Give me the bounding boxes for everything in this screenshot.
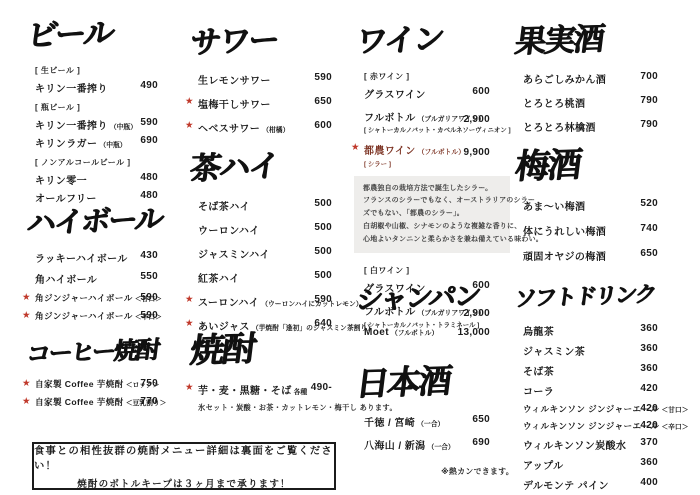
menu-column-3: ワイン[ 赤ワイン ]グラスワイン600フルボトル（ブルガリアワイン）[ シャト… [364,0,490,495]
item-price: 590 [140,310,158,321]
item-note: （一合） [417,421,444,428]
item-name: キリンラガー [35,139,97,150]
section-title-sour: サワー [188,22,337,60]
item-name: ウィルキンソン ジンジャーエール [523,404,659,414]
item-price: 750 [140,378,158,389]
item-name: とろとろ林檎酒 [523,123,596,134]
menu-item: ラッキーハイボール430 [35,250,158,265]
item-name: あま〜い梅酒 [523,202,585,213]
star-icon: ★ [22,396,31,407]
item-name: ジャスミン茶 [523,347,585,358]
item-price: 500 [314,270,332,281]
item-price: 360 [640,343,658,354]
menu-item: 紅茶ハイ500 [198,270,332,285]
item-name: 紅茶ハイ [198,274,240,285]
section-umeshu: 梅酒あま〜い梅酒520体にうれしい梅酒740頑固オヤジの梅酒650 [523,150,658,273]
menu-item: そば茶360 [523,363,658,378]
item-price: 480 [140,172,158,183]
item-name: スーロンハイ [198,298,259,309]
drink-menu-page: ビール[ 生ビール ]キリン一番搾り490[ 瓶ビール ]キリン一番搾り（中瓶）… [0,0,700,495]
item-name: 八海山 / 新潟 [364,441,426,452]
item-name: ウィルキンソン ジンジャーエール [523,421,659,431]
item-name: 烏龍茶 [523,327,554,338]
menu-item: ウィルキンソン炭酸水370 [523,437,658,452]
item-name: 生レモンサワー [198,76,271,87]
item-price: 650 [314,96,332,107]
star-icon: ★ [22,292,31,303]
menu-item: ★自家製 Coffee 芋焼酎＜豆乳割り＞770 [35,396,158,408]
section-sake: 日本酒千徳 / 宮崎（一合）650八海山 / 新潟（一合）690※熱カンできます… [364,367,490,477]
item-price: 360 [640,323,658,334]
section-champagne: シャンパンMoet（フルボトル）13,000 [364,287,490,346]
menu-item: アップル360 [523,457,658,472]
item-price: 770 [140,396,158,407]
menu-item: ★角ジンジャーハイボール＜甘口＞590 [35,292,158,304]
item-note: （フルボトル） [418,149,465,156]
menu-item: キリン一番搾り（中瓶）590 [35,117,158,132]
item-note: （一合） [428,444,455,451]
menu-item: キリン一番搾り490 [35,80,158,95]
section-title-tea-hai: 茶ハイ [188,148,337,186]
section-highball: ハイボールラッキーハイボール430角ハイボール550★角ジンジャーハイボール＜甘… [35,208,158,328]
item-price: 500 [314,246,332,257]
section-beer: ビール[ 生ビール ]キリン一番搾り490[ 瓶ビール ]キリン一番搾り（中瓶）… [35,20,158,208]
item-price: 480 [140,190,158,201]
menu-item: キリン零一480 [35,172,158,187]
menu-item: 生レモンサワー590 [198,72,332,87]
item-name: 角ハイボール [35,275,97,286]
item-price: 360 [640,363,658,374]
item-name: フルボトル [364,113,416,124]
section-title-sake: 日本酒 [354,362,495,401]
group-label: [ 白ワイン ] [364,265,490,276]
item-name: オールフリー [35,194,97,205]
item-price: 640 [314,318,332,329]
menu-item: グラスワイン600 [364,86,490,101]
item-name: ジャスミンハイ [198,250,270,261]
section-title-coffee-shochu: コーヒー焼酎 [25,336,162,366]
item-price: 590 [314,72,332,83]
item-price: 650 [640,248,658,259]
item-price: 490 [140,80,158,91]
section-sour: サワー生レモンサワー590★塩梅干しサワー650★ヘベスサワー（柑橘）600 [198,27,332,144]
item-name: Moet [364,327,389,338]
item-price: 690 [140,135,158,146]
item-note: ＜甘口＞ [661,407,688,414]
section-title-shochu: 焼酎 [188,329,337,370]
star-icon: ★ [185,318,194,329]
item-price: 500 [314,198,332,209]
item-price: 600 [314,120,332,131]
item-name: 角ジンジャーハイボール [35,293,133,303]
item-name: とろとろ桃酒 [523,99,585,110]
menu-item: コーラ420 [523,383,658,398]
menu-item: 角ハイボール550 [35,271,158,286]
item-sublabel: [ シャトーカルノバット・カベルネソーヴィニオン ] [364,125,450,134]
menu-item: ★自家製 Coffee 芋焼酎＜ロック＞750 [35,378,158,390]
menu-column-4: 果実酒あらごしみかん酒700とろとろ桃酒790とろとろ林檎酒790梅酒あま〜い梅… [523,0,658,495]
menu-item: ★スーロンハイ（ウーロンハイにカットレモン）590 [198,294,332,309]
item-price: 590 [140,117,158,128]
item-name: キリン零一 [35,176,87,187]
item-price: 600 [472,86,490,97]
menu-item: 千徳 / 宮崎（一合）650 [364,414,490,429]
item-name: 頑固オヤジの梅酒 [523,252,606,263]
menu-item: Moet（フルボトル）13,000 [364,327,490,338]
shochu-notice-box: 食事との相性抜群の焼酎メニュー詳細は裏面をご覧ください！ 焼酎のボトルキープは３… [32,442,336,490]
section-fruit-liquor: 果実酒あらごしみかん酒700とろとろ桃酒790とろとろ林檎酒790 [523,26,658,143]
section-title-wine: ワイン [354,21,495,58]
item-name: そば茶ハイ [198,202,250,213]
item-name: 都農ワイン [364,146,416,157]
item-note: （フルボトル） [391,330,438,337]
star-icon: ★ [185,294,194,305]
menu-item: とろとろ林檎酒790 [523,119,658,134]
group-label: [ 赤ワイン ] [364,71,490,82]
description-line: 都農独自の栽培方法で誕生したシラー。 [363,183,501,196]
item-price: 550 [140,271,158,282]
item-name: ウィルキンソン炭酸水 [523,441,626,452]
section-title-highball: ハイボール [25,203,162,238]
item-name: グラスワイン [364,90,426,101]
star-icon: ★ [185,96,194,107]
item-name: 体にうれしい梅酒 [523,227,606,238]
item-name: キリン一番搾り [35,121,108,132]
item-name: アップル [523,461,564,472]
item-price: 650 [472,414,490,425]
menu-item: 八海山 / 新潟（一合）690 [364,437,490,452]
star-icon: ★ [22,310,31,321]
description-line: ズでもない、「都農のシラー」。 [363,208,501,221]
section-soft-drink: ソフトドリンク烏龍茶360ジャスミン茶360そば茶360コーラ420ウィルキンソ… [523,288,658,495]
description-line: 心地よいタンニンと柔らかさを兼ね備えている味わい。 [363,234,501,247]
menu-item: ★ヘベスサワー（柑橘）600 [198,120,332,135]
item-note: ＜辛口＞ [661,424,688,431]
menu-item: ウィルキンソン ジンジャーエール＜甘口＞420 [523,403,658,415]
section-title-beer: ビール [25,15,163,52]
menu-item: とろとろ桃酒790 [523,95,658,110]
menu-item: ★芋・麦・黒糖・そば各種490- [198,382,332,397]
item-note: （中瓶） [110,124,137,131]
star-icon: ★ [185,120,194,131]
section-coffee-shochu: コーヒー焼酎★自家製 Coffee 芋焼酎＜ロック＞750★自家製 Coffee… [35,341,158,414]
wine-description-box: 都農独自の栽培方法で誕生したシラー。フランスのシラーでもなく、オーストラリアのシ… [354,176,510,254]
section-note: 氷セット・炭酸・お茶・カットレモン・梅干し あります。 [198,403,332,413]
item-price: 420 [640,403,658,414]
menu-item: ★都農ワイン（フルボトル）[ シラー ]9,900 [364,142,490,168]
group-label: [ 生ビール ] [35,65,158,76]
item-price: 420 [640,383,658,394]
item-name: そば茶 [523,367,554,378]
item-name: 千徳 / 宮崎 [364,418,415,429]
item-sublabel: [ シラー ] [364,159,450,168]
menu-item: ジャスミンハイ500 [198,246,332,261]
item-name: ヘベスサワー [198,124,260,135]
star-icon: ★ [351,142,360,153]
item-note: （柑橘） [262,127,289,134]
item-name: キリン一番搾り [35,84,108,95]
section-title-fruit-liquor: 果実酒 [513,21,663,59]
item-name: 角ジンジャーハイボール [35,311,133,321]
menu-item: ★角ジンジャーハイボール＜辛口＞590 [35,310,158,322]
menu-item: あらごしみかん酒700 [523,71,658,86]
notice-line-2: 焼酎のボトルキープは３ヶ月まで承ります！ [77,476,291,490]
item-price: 790 [640,95,658,106]
menu-item: 頑固オヤジの梅酒650 [523,248,658,263]
description-line: フランスのシラーでもなく、オーストラリアのシラー [363,195,501,208]
section-tea-hai: 茶ハイそば茶ハイ500ウーロンハイ500ジャスミンハイ500紅茶ハイ500★スー… [198,153,332,342]
menu-item: ★塩梅干しサワー650 [198,96,332,111]
menu-column-2: サワー生レモンサワー590★塩梅干しサワー650★ヘベスサワー（柑橘）600茶ハ… [198,0,332,495]
item-price: 370 [640,437,658,448]
description-line: 白胡椒や山椒、シナモンのような複雑な香りに、 [363,221,501,234]
menu-item: 烏龍茶360 [523,323,658,338]
notice-line-1: 食事との相性抜群の焼酎メニュー詳細は裏面をご覧ください！ [34,442,334,472]
item-price: 490- [311,382,332,393]
item-name: 自家製 Coffee 芋焼酎 [35,397,124,407]
item-price: 740 [640,223,658,234]
group-label: [ ノンアルコールビール ] [35,157,158,168]
group-label: [ 瓶ビール ] [35,102,158,113]
item-price: 13,000 [458,327,490,338]
section-title-champagne: シャンパン [354,282,494,315]
item-note: 各種 [294,389,308,396]
item-note: （中瓶） [99,142,126,149]
item-price: 500 [314,222,332,233]
item-price: 2,900 [463,114,490,125]
item-name: 芋・麦・黒糖・そば [198,386,292,397]
item-price: 590 [140,292,158,303]
item-name: コーラ [523,387,554,398]
menu-item: デルモンテ パイン400 [523,477,658,492]
item-price: 420 [640,420,658,431]
item-price: 360 [640,457,658,468]
menu-item: ウィルキンソン ジンジャーエール＜辛口＞420 [523,420,658,432]
menu-item: あま〜い梅酒520 [523,198,658,213]
item-price: 790 [640,119,658,130]
item-note: （ウーロンハイにカットレモン） [261,301,362,308]
section-shochu: 焼酎★芋・麦・黒糖・そば各種490-氷セット・炭酸・お茶・カットレモン・梅干し … [198,334,332,413]
section-note: ※熱カンできます。 [364,466,514,477]
star-icon: ★ [185,382,194,393]
item-price: 9,900 [463,147,490,158]
section-title-umeshu: 梅酒 [513,145,663,186]
star-icon: ★ [22,378,31,389]
item-name: 塩梅干しサワー [198,100,271,111]
item-price: 700 [640,71,658,82]
item-name: あらごしみかん酒 [523,75,606,86]
menu-item: ジャスミン茶360 [523,343,658,358]
menu-item: フルボトル（ブルガリアワイン）[ シャトーカルノバット・カベルネソーヴィニオン … [364,109,490,135]
item-price: 430 [140,250,158,261]
item-price: 400 [640,477,658,488]
item-name: 自家製 Coffee 芋焼酎 [35,379,124,389]
item-name: ラッキーハイボール [35,254,128,265]
item-price: 520 [640,198,658,209]
menu-item: キリンラガー（中瓶）690 [35,135,158,150]
menu-item: そば茶ハイ500 [198,198,332,213]
section-title-soft-drink: ソフトドリンク [513,283,662,311]
menu-item: 体にうれしい梅酒740 [523,223,658,238]
item-name: ウーロンハイ [198,226,260,237]
menu-column-1: ビール[ 生ビール ]キリン一番搾り490[ 瓶ビール ]キリン一番搾り（中瓶）… [35,0,158,495]
item-name: デルモンテ パイン [523,481,609,492]
item-price: 690 [472,437,490,448]
menu-item: ウーロンハイ500 [198,222,332,237]
item-price: 590 [314,294,332,305]
